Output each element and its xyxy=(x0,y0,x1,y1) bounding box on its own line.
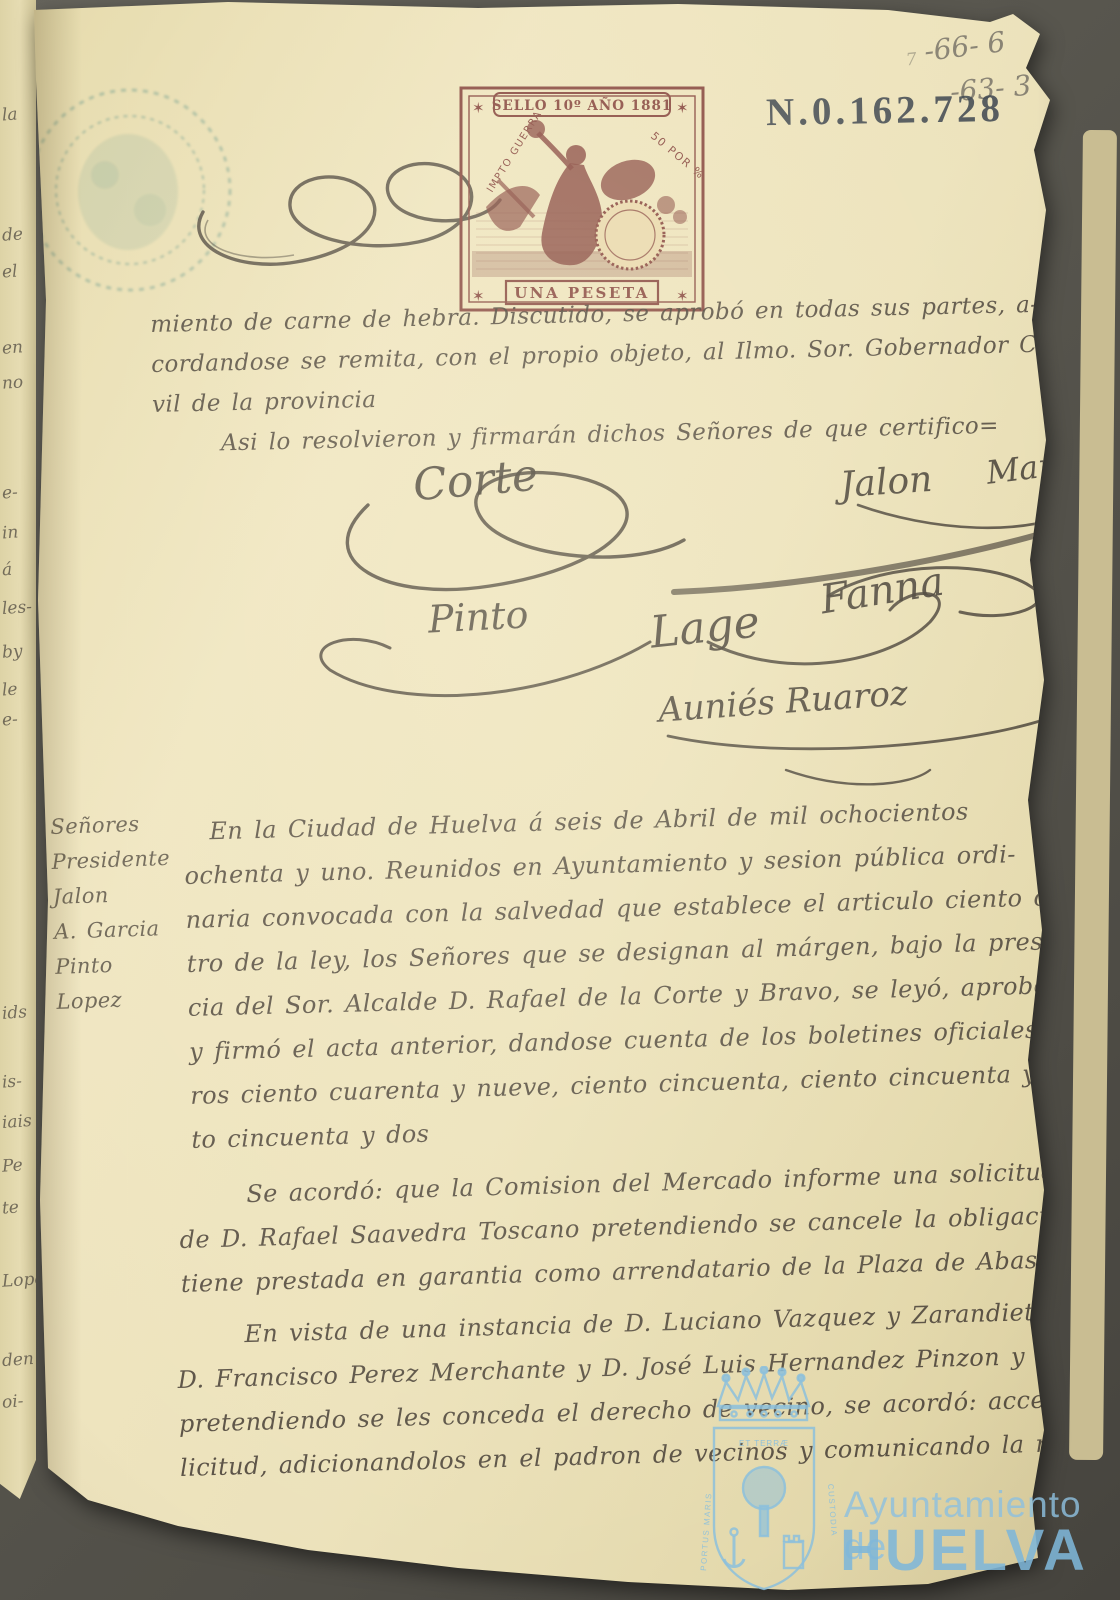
edge-fragment: ids xyxy=(1,1002,27,1024)
stamp-corner-stars: ✶✶ ✶✶ xyxy=(472,99,689,305)
document-page: ✶✶ ✶✶ SELLO 10º AÑO 1881 IMPTO GUERRA 50… xyxy=(28,0,1102,1596)
margin-note: A. Garcia xyxy=(54,916,174,955)
edge-fragment: oi- xyxy=(1,1391,24,1412)
edge-fragment: Pe xyxy=(1,1155,23,1176)
edge-fragment: te xyxy=(1,1197,19,1218)
signature-pinto: Pinto xyxy=(427,592,530,641)
paragraph-act-ending: miento de carne de hebra. Discutido, se … xyxy=(150,291,1083,472)
serial-number: N.0.162.728 xyxy=(766,86,1005,135)
edge-fragment: e- xyxy=(1,709,18,730)
stamp-bottom-banner-label: UNA PESETA xyxy=(514,284,650,302)
margin-note: Pinto xyxy=(55,951,175,990)
margin-attendees: Señores Presidente Jalon A. Garcia Pinto… xyxy=(50,811,176,1025)
scanned-document-photo: { "paper": {"color": "#ece2bb", "surroun… xyxy=(0,0,1120,1600)
signature-lage: Lage xyxy=(648,596,762,658)
edge-fragment: by xyxy=(1,641,23,662)
signature-fanna: Fanna xyxy=(817,559,947,624)
paper-surface: ✶✶ ✶✶ SELLO 10º AÑO 1881 IMPTO GUERRA 50… xyxy=(28,0,1102,1596)
pencil-mark-7: 7 xyxy=(905,49,918,70)
margin-note: Lopez xyxy=(56,986,176,1025)
stamp-right-label: 50 POR % xyxy=(648,129,706,182)
edge-fragment: in xyxy=(1,522,19,543)
svg-text:✶: ✶ xyxy=(472,99,485,117)
pencil-note-66: -66- 6 xyxy=(922,25,1007,68)
edge-fragment: en xyxy=(1,337,23,358)
margin-note: Jalon xyxy=(52,881,172,920)
stamp-left-label: IMPTO GUERRA xyxy=(485,109,544,195)
edge-fragment: la xyxy=(1,104,18,125)
stamp-engraving xyxy=(472,120,692,277)
body-paragraph-market: Se acordó: que la Comision del Mercado i… xyxy=(178,1157,1086,1314)
edge-fragment: e- xyxy=(1,482,18,503)
edge-fragment: á xyxy=(1,560,13,581)
body-paragraph-residency: En vista de una instancia de D. Luciano … xyxy=(176,1297,1091,1498)
svg-text:✶: ✶ xyxy=(676,99,689,117)
edge-fragment: is- xyxy=(1,1071,22,1092)
signature-row3: Auniés Ruaroz xyxy=(657,673,909,730)
signature-corte: Corte xyxy=(411,450,540,512)
margin-note: Presidente xyxy=(51,846,171,885)
edge-fragment: no xyxy=(1,372,24,393)
signature-jalon: Jalon xyxy=(839,459,934,506)
body-paragraph-opening: En la Ciudad de Huelva á seis de Abril d… xyxy=(183,794,1092,1169)
revenue-stamp: ✶✶ ✶✶ SELLO 10º AÑO 1881 IMPTO GUERRA 50… xyxy=(458,85,706,313)
stamp-top-banner-label: SELLO 10º AÑO 1881 xyxy=(492,98,673,114)
stamp-top-banner-frame xyxy=(494,93,670,116)
edge-fragment: el xyxy=(1,261,18,282)
edge-fragment: le xyxy=(1,679,18,700)
svg-text:✶: ✶ xyxy=(472,287,485,305)
edge-fragment: de xyxy=(1,224,23,245)
rubric-flourish xyxy=(178,92,508,282)
margin-note: Señores xyxy=(50,811,170,850)
round-ink-stamp xyxy=(10,70,250,310)
